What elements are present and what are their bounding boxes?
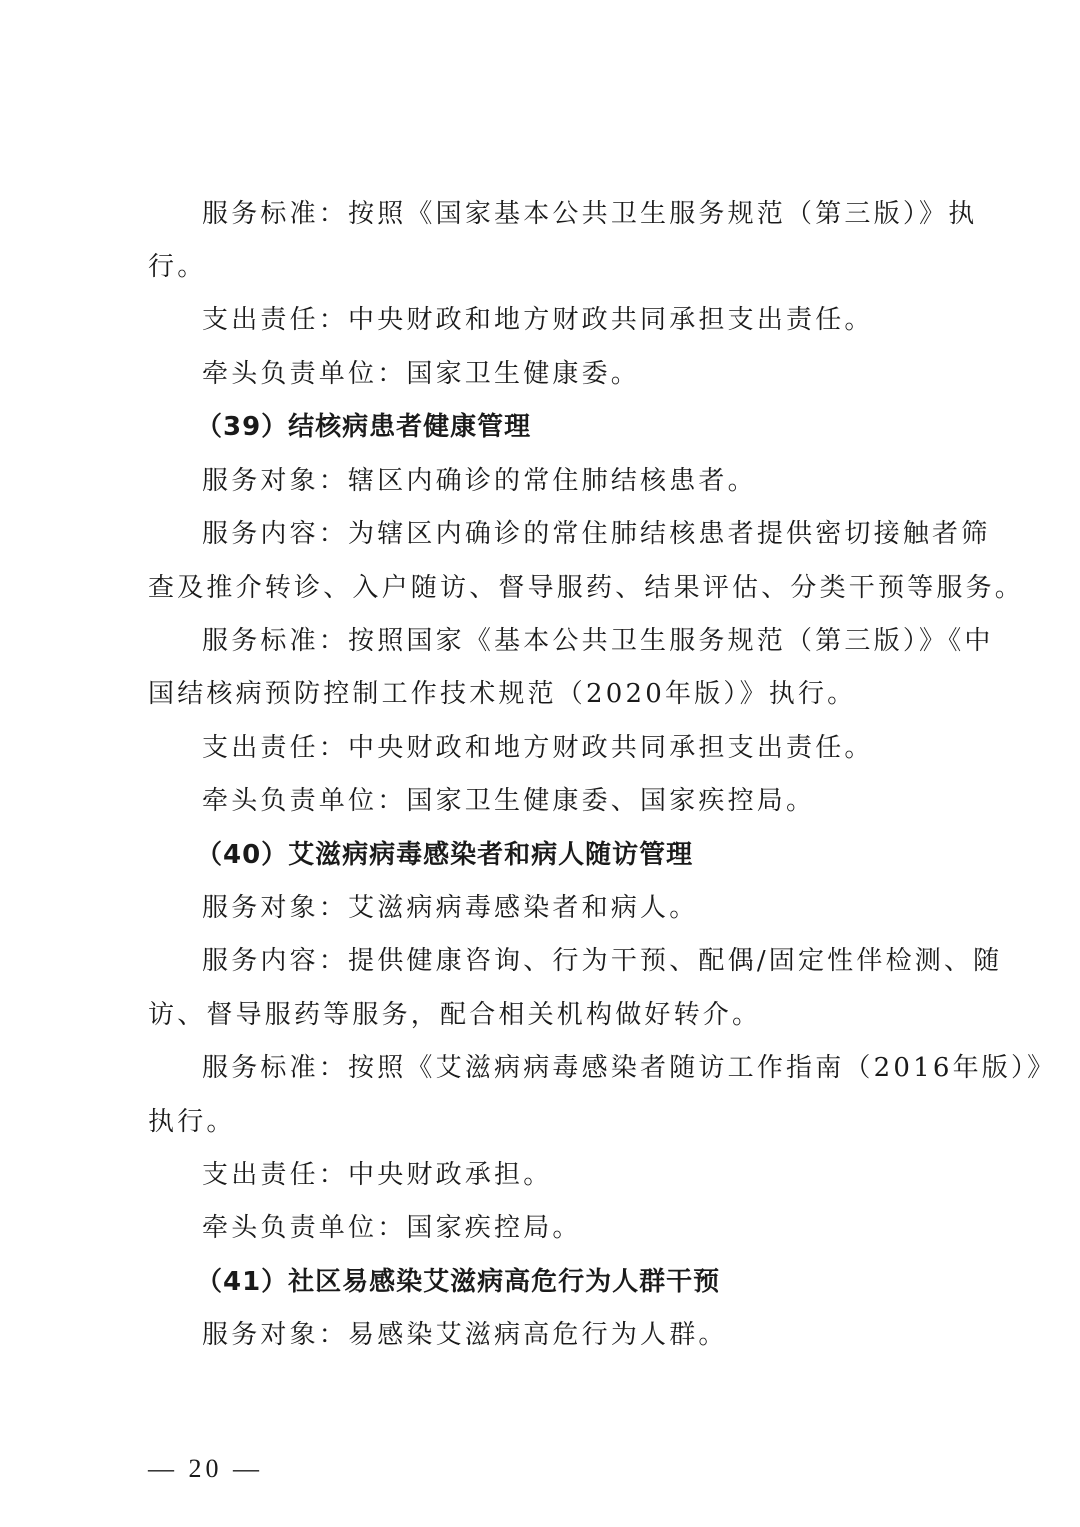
paragraph-line: 执行。 xyxy=(148,1105,938,1139)
page-number: — 20 — xyxy=(148,1452,263,1486)
paragraph-line: 服务内容：提供健康咨询、行为干预、配偶/固定性伴检测、随 xyxy=(202,944,992,978)
field-label: 支出责任： xyxy=(202,733,348,763)
field-label: 服务标准： xyxy=(202,626,348,656)
field-label: 服务标准： xyxy=(202,1053,348,1083)
paragraph-line: 访、督导服药等服务，配合相关机构做好转介。 xyxy=(148,998,938,1032)
paragraph-line: 支出责任：中央财政和地方财政共同承担支出责任。 xyxy=(202,303,992,337)
field-label: 服务内容： xyxy=(202,519,348,549)
field-label: 牵头负责单位： xyxy=(202,786,406,816)
paragraph-line: 支出责任：中央财政和地方财政共同承担支出责任。 xyxy=(202,731,992,765)
paragraph-line: 行。 xyxy=(148,250,938,284)
section-heading-41: （41）社区易感染艾滋病高危行为人群干预 xyxy=(196,1265,986,1299)
field-label: 支出责任： xyxy=(202,305,348,335)
paragraph-line: 国结核病预防控制工作技术规范（2020年版）》执行。 xyxy=(148,677,938,711)
document-page: 服务标准：按照《国家基本公共卫生服务规范（第三版）》执 行。 支出责任：中央财政… xyxy=(0,0,1080,1527)
paragraph-line: 服务标准：按照《艾滋病病毒感染者随访工作指南（2016年版）》 xyxy=(202,1051,992,1085)
field-label: 服务内容： xyxy=(202,946,348,976)
field-label: 服务对象： xyxy=(202,893,348,923)
paragraph-line: 牵头负责单位：国家卫生健康委。 xyxy=(202,357,992,391)
field-label: 支出责任： xyxy=(202,1160,348,1190)
field-label: 服务标准： xyxy=(202,199,348,229)
paragraph-line: 支出责任：中央财政承担。 xyxy=(202,1158,992,1192)
paragraph-line: 服务标准：按照国家《基本公共卫生服务规范（第三版）》《中 xyxy=(202,624,992,658)
paragraph-line: 服务对象：易感染艾滋病高危行为人群。 xyxy=(202,1318,992,1352)
paragraph-line: 服务标准：按照《国家基本公共卫生服务规范（第三版）》执 xyxy=(202,197,992,231)
field-label: 服务对象： xyxy=(202,1320,348,1350)
paragraph-line: 牵头负责单位：国家卫生健康委、国家疾控局。 xyxy=(202,784,992,818)
paragraph-line: 查及推介转诊、入户随访、督导服药、结果评估、分类干预等服务。 xyxy=(148,571,938,605)
section-heading-39: （39）结核病患者健康管理 xyxy=(196,410,986,444)
paragraph-line: 服务内容：为辖区内确诊的常住肺结核患者提供密切接触者筛 xyxy=(202,517,992,551)
paragraph-line: 服务对象：艾滋病病毒感染者和病人。 xyxy=(202,891,992,925)
field-label: 牵头负责单位： xyxy=(202,359,406,389)
field-label: 服务对象： xyxy=(202,466,348,496)
paragraph-line: 牵头负责单位：国家疾控局。 xyxy=(202,1211,992,1245)
section-heading-40: （40）艾滋病病毒感染者和病人随访管理 xyxy=(196,838,986,872)
paragraph-line: 服务对象：辖区内确诊的常住肺结核患者。 xyxy=(202,464,992,498)
field-label: 牵头负责单位： xyxy=(202,1213,406,1243)
